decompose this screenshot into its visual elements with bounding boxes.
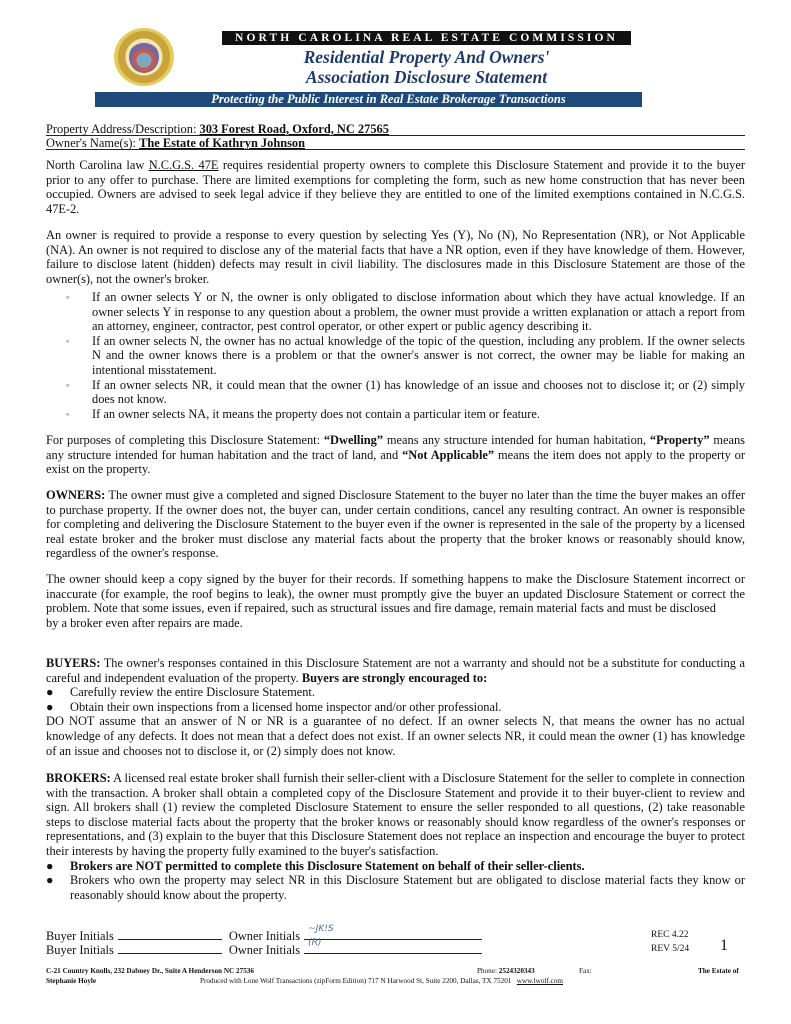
owners-copy-text-end: by a broker even after repairs are made.	[46, 616, 745, 631]
footer-phone: Phone: 2524320343	[477, 967, 535, 976]
buyer-initials-field[interactable]	[118, 928, 222, 940]
bullet-text: If an owner selects Y or N, the owner is…	[92, 290, 745, 333]
footer-agent: Stephanie Hoyle	[46, 977, 96, 986]
buyers-encouraged: Buyers are strongly encouraged to:	[302, 671, 487, 685]
ncgs-47e-link[interactable]: N.C.G.S. 47E	[149, 158, 219, 172]
owner-initials-label: Owner Initials	[229, 943, 300, 957]
lwolf-link[interactable]: www.lwolf.com	[517, 977, 563, 985]
response-instructions-paragraph: An owner is required to provide a respon…	[46, 228, 745, 286]
footer-fax: Fax:	[579, 967, 592, 976]
owner-initials-field[interactable]: (R)	[304, 942, 482, 954]
brokers-text: A licensed real estate broker shall furn…	[46, 771, 745, 858]
owner-initials-label: Owner Initials	[229, 929, 300, 943]
bullet-icon: ●	[46, 873, 53, 888]
footer-office: C-21 Country Knolls, 232 Dabney Dr., Sui…	[46, 967, 254, 976]
doc-name: The Estate of	[698, 967, 739, 975]
term-property: “Property”	[650, 433, 710, 447]
footer-produced: Produced with Lone Wolf Transactions (zi…	[200, 977, 563, 986]
brokers-section: BROKERS: A licensed real estate broker s…	[46, 771, 745, 902]
disclosure-page: NORTH CAROLINA REAL ESTATE COMMISSION Re…	[0, 0, 791, 1024]
nc-seal-logo	[114, 28, 174, 86]
owners-copy-text: The owner should keep a copy signed by t…	[46, 572, 745, 616]
owners-copy-paragraph: The owner should keep a copy signed by t…	[46, 572, 745, 630]
list-item: ◦If an owner selects Y or N, the owner i…	[66, 290, 745, 334]
buyer-initials-label: Buyer Initials	[46, 943, 114, 957]
hollow-bullet-icon: ◦	[66, 290, 69, 305]
agent-name: Stephanie Hoyle	[46, 977, 96, 985]
form-rec-code: REC 4.22	[651, 930, 688, 941]
office-address: C-21 Country Knolls, 232 Dabney Dr., Sui…	[46, 967, 254, 975]
owner-name-label: Owner's Name(s):	[46, 136, 136, 150]
phone-number: 2524320343	[499, 967, 535, 975]
intro-paragraph: North Carolina law N.C.G.S. 47E requires…	[46, 158, 745, 216]
list-item: ●Brokers are NOT permitted to complete t…	[46, 859, 745, 874]
document-title-line2: Association Disclosure Statement	[222, 67, 631, 88]
hollow-bullet-icon: ◦	[66, 378, 69, 393]
intro-text: North Carolina law	[46, 158, 149, 172]
owner-name-field[interactable]: Owner's Name(s): The Estate of Kathryn J…	[46, 136, 745, 150]
produced-with-text: Produced with Lone Wolf Transactions (zi…	[200, 977, 511, 985]
bullet-icon: ●	[46, 700, 53, 715]
response-options-list: ◦If an owner selects Y or N, the owner i…	[66, 290, 745, 421]
bullet-text: If an owner selects N, the owner has no …	[92, 334, 745, 377]
owner-initials-field[interactable]: ~JK!S	[304, 928, 482, 940]
bullet-text: Brokers who own the property may select …	[70, 873, 745, 902]
property-address-field[interactable]: Property Address/Description: 303 Forest…	[46, 122, 745, 136]
list-item: ◦If an owner selects N, the owner has no…	[66, 334, 745, 378]
page-number: 1	[720, 937, 728, 955]
form-rev-code: REV 5/24	[651, 944, 689, 955]
phone-label: Phone:	[477, 967, 497, 975]
bullet-icon: ●	[46, 859, 53, 874]
commission-banner: NORTH CAROLINA REAL ESTATE COMMISSION	[222, 31, 631, 45]
term-dwelling: “Dwelling”	[324, 433, 383, 447]
definitions-paragraph: For purposes of completing this Disclosu…	[46, 433, 745, 477]
bullet-text: If an owner selects NR, it could mean th…	[92, 378, 745, 407]
owners-text: The owner must give a completed and sign…	[46, 488, 745, 560]
bullet-text: If an owner selects NA, it means the pro…	[92, 407, 540, 421]
bullet-text: Carefully review the entire Disclosure S…	[70, 685, 315, 699]
list-item: ◦If an owner selects NR, it could mean t…	[66, 378, 745, 407]
buyer-initials-label: Buyer Initials	[46, 929, 114, 943]
definitions-text: For purposes of completing this Disclosu…	[46, 433, 324, 447]
document-title-line1: Residential Property And Owners'	[222, 47, 631, 68]
tagline-banner: Protecting the Public Interest in Real E…	[95, 92, 642, 107]
list-item: ◦If an owner selects NA, it means the pr…	[66, 407, 745, 422]
footer-doc-name: The Estate of	[698, 967, 739, 976]
buyer-initials-field[interactable]	[118, 942, 222, 954]
bullet-text: Obtain their own inspections from a lice…	[70, 700, 502, 714]
property-address-label: Property Address/Description:	[46, 122, 196, 136]
brokers-heading: BROKERS:	[46, 771, 111, 785]
bullet-text-bold: Brokers are NOT permitted to complete th…	[70, 859, 585, 873]
initials-row-2: Buyer Initials Owner Initials(R)	[46, 942, 486, 957]
hollow-bullet-icon: ◦	[66, 334, 69, 349]
property-address-value: 303 Forest Road, Oxford, NC 27565	[200, 122, 389, 136]
buyers-section: BUYERS: The owner's responses contained …	[46, 656, 745, 758]
owners-section: OWNERS: The owner must give a completed …	[46, 488, 745, 561]
hollow-bullet-icon: ◦	[66, 407, 69, 422]
seal-emblem-icon	[129, 41, 159, 73]
owner-initials-signature: (R)	[308, 936, 321, 950]
buyers-heading: BUYERS:	[46, 656, 100, 670]
buyers-warning: DO NOT assume that an answer of N or NR …	[46, 714, 745, 758]
initials-row-1: Buyer Initials Owner Initials~JK!S	[46, 928, 486, 943]
owner-name-value: The Estate of Kathryn Johnson	[139, 136, 305, 150]
list-item: ●Obtain their own inspections from a lic…	[46, 700, 745, 715]
list-item: ●Brokers who own the property may select…	[46, 873, 745, 902]
list-item: ●Carefully review the entire Disclosure …	[46, 685, 745, 700]
definitions-text: means any structure intended for human h…	[383, 433, 650, 447]
owner-initials-signature: ~JK!S	[308, 922, 333, 936]
owners-heading: OWNERS:	[46, 488, 105, 502]
bullet-icon: ●	[46, 685, 53, 700]
term-not-applicable: “Not Applicable”	[402, 448, 494, 462]
